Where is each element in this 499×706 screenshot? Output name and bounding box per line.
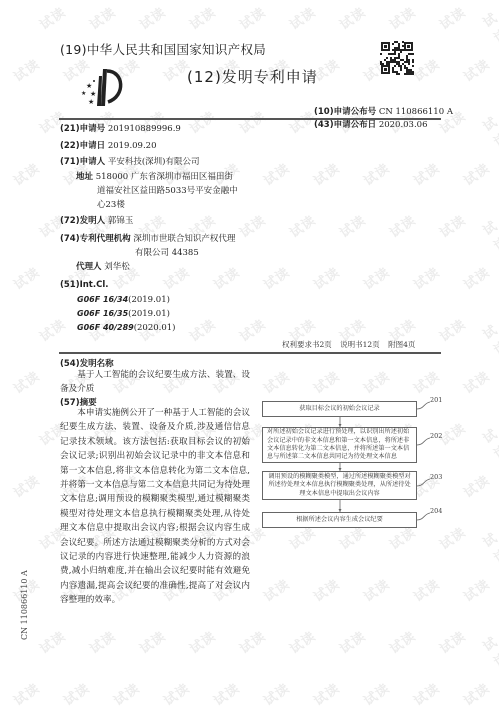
flow-step-203: 调用预设的模糊聚类模型，通过所述模糊聚类模型对所述待处理文本信息执行模糊聚类处理… — [262, 471, 417, 500]
flow-step-202: 对所述初始会议记录进行预处理，以识别出所述初始会议记录中的非文本信息和第一文本信… — [262, 427, 417, 463]
flow-step-201: 获取目标会议的初始会议记录 — [262, 401, 417, 417]
step-number: 202 — [430, 432, 442, 440]
step-number: 203 — [430, 473, 442, 481]
step-number: 204 — [430, 507, 442, 515]
step-number: 201 — [430, 396, 442, 404]
flow-step-204: 根据所述会议内容生成会议纪要 — [262, 512, 417, 528]
flowchart-connectors — [0, 0, 499, 706]
